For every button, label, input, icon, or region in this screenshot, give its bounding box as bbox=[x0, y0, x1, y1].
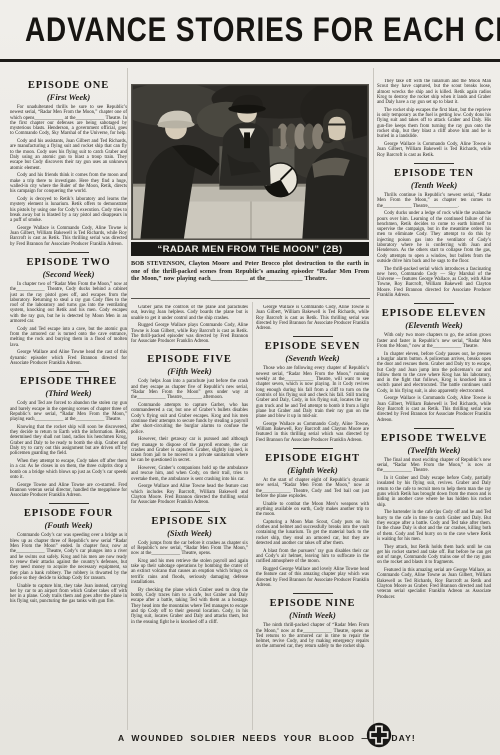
pressbook-page: ADVANCE STORIES FOR EACH CHAPTER EPISODE… bbox=[0, 0, 500, 755]
episode-week-subheading: (Third Week) bbox=[10, 388, 127, 398]
story-paragraph: The final and most exciting chapter of R… bbox=[377, 458, 491, 474]
serial-still-photo bbox=[131, 84, 369, 240]
episode-heading: EPISODE ELEVEN bbox=[377, 308, 491, 319]
story-column-1: EPISODE ONE(First Week)For unadulterated… bbox=[10, 79, 127, 737]
episode-week-subheading: (Seventh Week) bbox=[256, 353, 369, 363]
story-paragraph: Unable to combat the Moon Men’s weapons … bbox=[256, 502, 369, 518]
story-paragraph: They attack, but Retik holds them back u… bbox=[377, 545, 491, 566]
episode-week-subheading: (Fifth Week) bbox=[131, 366, 248, 376]
caption-divider-rule bbox=[131, 298, 370, 299]
story-paragraph: In chapter eleven, before Cody passes ou… bbox=[377, 352, 491, 394]
footer-banner: A WOUNDED SOLDIER NEEDS YOUR BLOOD — TOD… bbox=[118, 733, 370, 743]
story-paragraph: Rugged George Wallace and lovely Aline T… bbox=[256, 567, 369, 588]
story-paragraph: George Wallace as Commando Cody, Aline T… bbox=[256, 422, 369, 443]
story-paragraph: Unable to capture him, they take Joan in… bbox=[10, 584, 127, 605]
story-paragraph: They take off with the lunarium and the … bbox=[377, 79, 491, 105]
story-paragraph: At the start of chapter eight of Republi… bbox=[256, 478, 369, 499]
section-divider bbox=[49, 503, 89, 504]
story-paragraph: George Wallace is Commando Cody, Aline T… bbox=[377, 142, 491, 158]
episode-week-subheading: (First Week) bbox=[10, 92, 127, 102]
story-paragraph: Cody jumps from the car before it crashe… bbox=[131, 541, 248, 557]
story-paragraph: George Wallace is Commando Cody, Aline T… bbox=[256, 305, 369, 331]
episode-heading: EPISODE THREE bbox=[10, 376, 127, 387]
story-paragraph: The ninth thrill-packed chapter of “Rada… bbox=[256, 623, 369, 649]
story-paragraph: Krog and his men retrieve the stolen pay… bbox=[131, 559, 248, 585]
episode-week-subheading: (Fouth Week) bbox=[10, 520, 127, 530]
episode-week-subheading: (Second Week) bbox=[10, 269, 127, 279]
episode-heading: EPISODE SEVEN bbox=[256, 341, 369, 352]
story-paragraph: George Towne and Aline Towne are co-star… bbox=[10, 483, 127, 499]
section-divider bbox=[414, 163, 454, 164]
photo-block: “RADAR MEN FROM THE MOON” (2B) BOB STEVE… bbox=[131, 84, 369, 283]
photo-caption: BOB STEVENSON, Clayton Moore and Peter B… bbox=[131, 260, 369, 283]
story-paragraph: The rocket ship escapes the first blast,… bbox=[377, 108, 491, 140]
story-paragraph: George Wallace and Aline Towne head the … bbox=[10, 350, 127, 366]
page-title: ADVANCE STORIES FOR EACH CHAPTER bbox=[25, 10, 475, 50]
story-paragraph: George Wallace and Aline Towne head the … bbox=[131, 484, 248, 505]
column-rule bbox=[252, 302, 253, 730]
story-paragraph: George Wallace is Commando Cody, Aline T… bbox=[377, 396, 491, 422]
section-divider bbox=[414, 428, 454, 429]
story-paragraph: Cody is decoyed to Retik’s laboratory an… bbox=[10, 197, 127, 223]
story-paragraph: The bartender in the cafe tips Cody off … bbox=[377, 510, 491, 542]
section-divider bbox=[49, 371, 89, 372]
section-divider bbox=[170, 511, 210, 512]
section-divider bbox=[293, 448, 333, 449]
episode-heading: EPISODE TWELVE bbox=[377, 433, 491, 444]
episode-heading: EPISODE TEN bbox=[377, 168, 491, 179]
episode-heading: EPISODE TWO bbox=[10, 257, 127, 268]
episode-week-subheading: (Ninth Week) bbox=[256, 610, 369, 620]
story-paragraph: Commando Cody’s car was speeding over a … bbox=[10, 533, 127, 581]
story-paragraph: However, Graber’s companions hold up the… bbox=[131, 466, 248, 482]
story-column-2: Graber jams the controls of the plane an… bbox=[131, 305, 248, 735]
story-paragraph: Cody and his friends think it comes from… bbox=[10, 173, 127, 194]
story-paragraph: Cody and his assistants, Joan Gilbert an… bbox=[10, 139, 127, 171]
story-paragraph: With only two more chapters to go, the a… bbox=[377, 333, 491, 349]
story-paragraph: George Wallace is Commando Cody, Aline T… bbox=[10, 226, 127, 247]
story-paragraph: A blast from the pursuers’ ray gun disab… bbox=[256, 549, 369, 565]
episode-heading: EPISODE NINE bbox=[256, 598, 369, 609]
story-paragraph: Thrills continue in Republic’s newest se… bbox=[377, 193, 491, 209]
story-paragraph: Those who are following every chapter of… bbox=[256, 366, 369, 419]
story-paragraph: By checking the plane which Graber used … bbox=[131, 588, 248, 625]
episode-heading: EPISODE FIVE bbox=[131, 354, 248, 365]
story-paragraph: However, their getaway car is pursued an… bbox=[131, 437, 248, 463]
episode-heading: EPISODE FOUR bbox=[10, 508, 127, 519]
episode-week-subheading: (Twelfth Week) bbox=[377, 445, 491, 455]
section-divider bbox=[414, 303, 454, 304]
episode-heading: EPISODE EIGHT bbox=[256, 453, 369, 464]
episode-week-subheading: (Sixth Week) bbox=[131, 528, 248, 538]
story-paragraph: Rugged George Wallace plays Commando Cod… bbox=[131, 323, 248, 344]
story-paragraph: In chapter two of “Radar Men From the Mo… bbox=[10, 282, 127, 324]
story-paragraph: Cody ducks under a ledge of rock while t… bbox=[377, 211, 491, 264]
story-paragraph: Cody helps Joan into a parachute just be… bbox=[131, 379, 248, 400]
episode-heading: EPISODE ONE bbox=[10, 80, 127, 91]
episode-week-subheading: (Eighth Week) bbox=[256, 465, 369, 475]
story-paragraph: In it Graber and Daly escape before Cody… bbox=[377, 476, 491, 508]
photo-caption-bar: “RADAR MEN FROM THE MOON” (2B) bbox=[131, 242, 369, 256]
column-rule bbox=[127, 68, 128, 730]
section-divider bbox=[49, 252, 89, 253]
story-column-3: George Wallace is Commando Cody, Aline T… bbox=[256, 305, 369, 735]
story-paragraph: When they attempt to escape, Cody takes … bbox=[10, 459, 127, 480]
story-paragraph: Capturing a Moon Man Scout, Cody puts on… bbox=[256, 520, 369, 546]
episode-heading: EPISODE SIX bbox=[131, 516, 248, 527]
story-paragraph: For unadulterated thrills be sure to see… bbox=[10, 105, 127, 137]
episode-week-subheading: (Tenth Week) bbox=[377, 180, 491, 190]
story-paragraph: Graber jams the controls of the plane an… bbox=[131, 305, 248, 321]
story-paragraph: Knowing that the rocket ship will soon b… bbox=[10, 425, 127, 457]
section-divider bbox=[293, 593, 333, 594]
episode-week-subheading: (Eleventh Week) bbox=[377, 320, 491, 330]
section-divider bbox=[170, 349, 210, 350]
story-column-4: They take off with the lunarium and the … bbox=[377, 79, 491, 727]
red-cross-icon bbox=[366, 722, 392, 748]
title-rule bbox=[0, 59, 500, 62]
story-paragraph: Cody and Ted escape into a cave, but the… bbox=[10, 327, 127, 348]
column-rule bbox=[373, 68, 374, 730]
story-paragraph: The thrill-packed serial which introduce… bbox=[377, 267, 491, 299]
story-paragraph: Featured in this amazing serial are Geor… bbox=[377, 568, 491, 600]
section-divider bbox=[293, 336, 333, 337]
story-paragraph: Commando attempts to capture Garber, who… bbox=[131, 403, 248, 435]
story-paragraph: Cody and Ted are forced to abandon the s… bbox=[10, 401, 127, 422]
